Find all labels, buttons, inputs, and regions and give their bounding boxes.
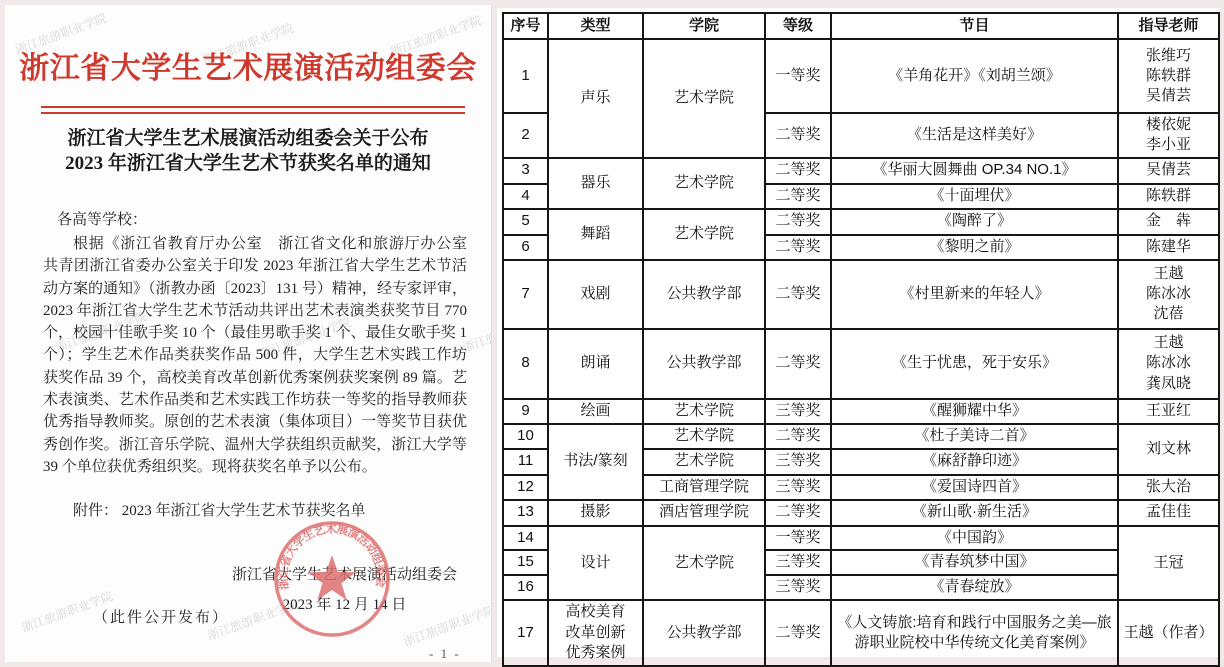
table-cell: 15 (503, 550, 548, 575)
seal-star-icon (308, 555, 356, 600)
table-cell: 摄影 (548, 500, 643, 526)
table-cell: 艺术学院 (643, 39, 765, 158)
salutation: 各高等学校： (57, 208, 147, 229)
table-cell: 工商管理学院 (643, 475, 765, 500)
table-header-row: 序号类型学院等级节目指导老师 (503, 13, 1219, 39)
table-row: 9绘画艺术学院三等奖《醒狮耀中华》王亚红 (503, 399, 1219, 424)
table-cell: 《杜子美诗二首》 (831, 424, 1118, 449)
table-cell: 王越 陈冰冰 沈蓓 (1118, 260, 1219, 329)
letterhead-title: 浙江省大学生艺术展演活动组委会 (5, 43, 491, 87)
table-cell: 戏剧 (548, 260, 643, 329)
table-cell: 公共教学部 (643, 329, 765, 399)
table-cell: 王越（作者） (1118, 600, 1219, 666)
table-cell: 3 (503, 158, 548, 184)
table-cell: 王冠 (1118, 526, 1219, 600)
table-cell: 《醒狮耀中华》 (831, 399, 1118, 424)
table-cell: 二等奖 (765, 184, 831, 209)
column-header: 节目 (831, 13, 1118, 39)
table-cell: 二等奖 (765, 600, 831, 666)
table-cell: 舞蹈 (548, 209, 643, 260)
table-cell: 4 (503, 184, 548, 209)
table-cell: 艺术学院 (643, 209, 765, 260)
column-header: 学院 (643, 13, 765, 39)
table-cell: 陈轶群 (1118, 184, 1219, 209)
table-cell: 二等奖 (765, 113, 831, 158)
table-cell: 孟佳佳 (1118, 500, 1219, 526)
table-cell: 吴倩芸 (1118, 158, 1219, 184)
table-cell: 9 (503, 399, 548, 424)
table-cell: 书法/篆刻 (548, 424, 643, 500)
notice-title-line1: 浙江省大学生艺术展演活动组委会关于公布 (5, 126, 491, 151)
table-cell: 艺术学院 (643, 399, 765, 424)
table-cell: 公共教学部 (643, 600, 765, 666)
table-cell: 16 (503, 575, 548, 600)
table-row: 13摄影酒店管理学院二等奖《新山歌·新生活》孟佳佳 (503, 500, 1219, 526)
table-cell: 三等奖 (765, 475, 831, 500)
column-header: 等级 (765, 13, 831, 39)
table-cell: 二等奖 (765, 158, 831, 184)
column-header: 类型 (548, 13, 643, 39)
table-cell: 《生于忧患，死于安乐》 (831, 329, 1118, 399)
table-row: 5舞蹈艺术学院二等奖《陶醉了》金 犇 (503, 209, 1219, 235)
table-cell: 高校美育 改革创新 优秀案例 (548, 600, 643, 666)
table-cell: 《村里新来的年轻人》 (831, 260, 1118, 329)
table-cell: 公共教学部 (643, 260, 765, 329)
table-cell: 《十面埋伏》 (831, 184, 1118, 209)
table-cell: 一等奖 (765, 39, 831, 113)
notice-title-line2: 2023 年浙江省大学生艺术节获奖名单的通知 (5, 151, 491, 176)
table-row: 14设计艺术学院一等奖《中国韵》王冠 (503, 526, 1219, 550)
table-cell: 张维巧 陈轶群 吴倩芸 (1118, 39, 1219, 113)
table-cell: 17 (503, 600, 548, 666)
table-cell: 设计 (548, 526, 643, 600)
table-row: 17高校美育 改革创新 优秀案例公共教学部二等奖《人文铸旅:培育和践行中国服务之… (503, 600, 1219, 666)
table-cell: 6 (503, 235, 548, 260)
official-seal-stamp-icon: 浙江省大学生艺术展演活动组委会 (270, 517, 394, 641)
table-cell: 《青春绽放》 (831, 575, 1118, 600)
table-cell: 王越 陈冰冰 龚凤晓 (1118, 329, 1219, 399)
table-row: 8朗诵公共教学部二等奖《生于忧患，死于安乐》王越 陈冰冰 龚凤晓 (503, 329, 1219, 399)
table-cell: 《新山歌·新生活》 (831, 500, 1118, 526)
notice-body: 根据《浙江省教育厅办公室 浙江省文化和旅游厅办公室 共青团浙江省委办公室关于印发… (43, 233, 467, 478)
table-cell: 三等奖 (765, 449, 831, 475)
table-cell: 《中国韵》 (831, 526, 1118, 550)
table-cell: 《爱国诗四首》 (831, 475, 1118, 500)
table-row: 1声乐艺术学院一等奖《羊角花开》《刘胡兰颂》张维巧 陈轶群 吴倩芸 (503, 39, 1219, 113)
column-header: 序号 (503, 13, 548, 39)
table-cell: 三等奖 (765, 550, 831, 575)
table-cell: 《羊角花开》《刘胡兰颂》 (831, 39, 1118, 113)
table-cell: 《人文铸旅:培育和践行中国服务之美—旅游职业院校中华传统文化美育案例》 (831, 600, 1118, 666)
screenshot-canvas: 浙江旅游职业学院浙江旅游职业学院浙江旅游职业学院浙江旅游职业学院浙江旅游职业学院… (0, 0, 1224, 667)
table-cell: 《黎明之前》 (831, 235, 1118, 260)
table-cell: 《麻舒静印迹》 (831, 449, 1118, 475)
table-cell: 绘画 (548, 399, 643, 424)
notice-title: 浙江省大学生艺术展演活动组委会关于公布 2023 年浙江省大学生艺术节获奖名单的… (5, 126, 491, 176)
table-cell: 14 (503, 526, 548, 550)
table-cell: 二等奖 (765, 235, 831, 260)
table-cell: 11 (503, 449, 548, 475)
table-cell: 2 (503, 113, 548, 158)
table-cell: 艺术学院 (643, 158, 765, 209)
table-cell: 10 (503, 424, 548, 449)
table-cell: 三等奖 (765, 399, 831, 424)
table-cell: 5 (503, 209, 548, 235)
table-cell: 8 (503, 329, 548, 399)
table-cell: 陈建华 (1118, 235, 1219, 260)
table-cell: 13 (503, 500, 548, 526)
table-cell: 酒店管理学院 (643, 500, 765, 526)
table-cell: 张大治 (1118, 475, 1219, 500)
table-row: 7戏剧公共教学部二等奖《村里新来的年轻人》王越 陈冰冰 沈蓓 (503, 260, 1219, 329)
table-cell: 声乐 (548, 39, 643, 158)
table-cell: 楼依妮 李小亚 (1118, 113, 1219, 158)
table-cell: 刘文林 (1118, 424, 1219, 475)
table-row: 3器乐艺术学院二等奖《华丽大圆舞曲 OP.34 NO.1》吴倩芸 (503, 158, 1219, 184)
table-cell: 二等奖 (765, 260, 831, 329)
table-cell: 朗诵 (548, 329, 643, 399)
table-cell: 二等奖 (765, 424, 831, 449)
table-cell: 器乐 (548, 158, 643, 209)
table-cell: 《华丽大圆舞曲 OP.34 NO.1》 (831, 158, 1118, 184)
table-cell: 金 犇 (1118, 209, 1219, 235)
table-cell: 二等奖 (765, 500, 831, 526)
column-header: 指导老师 (1118, 13, 1219, 39)
table-cell: 艺术学院 (643, 424, 765, 449)
awards-table-panel: 序号类型学院等级节目指导老师 1声乐艺术学院一等奖《羊角花开》《刘胡兰颂》张维巧… (497, 8, 1219, 657)
letterhead-divider (41, 106, 465, 114)
awards-table: 序号类型学院等级节目指导老师 1声乐艺术学院一等奖《羊角花开》《刘胡兰颂》张维巧… (502, 12, 1220, 667)
table-row: 10书法/篆刻艺术学院二等奖《杜子美诗二首》刘文林 (503, 424, 1219, 449)
publish-note: （此件公开发布） (93, 606, 229, 627)
notice-document-page: 浙江旅游职业学院浙江旅游职业学院浙江旅游职业学院浙江旅游职业学院浙江旅游职业学院… (5, 5, 492, 662)
table-cell: 艺术学院 (643, 449, 765, 475)
page-number: - 1 - (429, 646, 461, 662)
table-cell: 三等奖 (765, 575, 831, 600)
table-cell: 12 (503, 475, 548, 500)
table-cell: 《生活是这样美好》 (831, 113, 1118, 158)
table-cell: 1 (503, 39, 548, 113)
table-cell: 7 (503, 260, 548, 329)
table-cell: 二等奖 (765, 329, 831, 399)
table-cell: 王亚红 (1118, 399, 1219, 424)
table-cell: 一等奖 (765, 526, 831, 550)
table-cell: 《青春筑梦中国》 (831, 550, 1118, 575)
table-cell: 艺术学院 (643, 526, 765, 600)
table-cell: 二等奖 (765, 209, 831, 235)
table-cell: 《陶醉了》 (831, 209, 1118, 235)
